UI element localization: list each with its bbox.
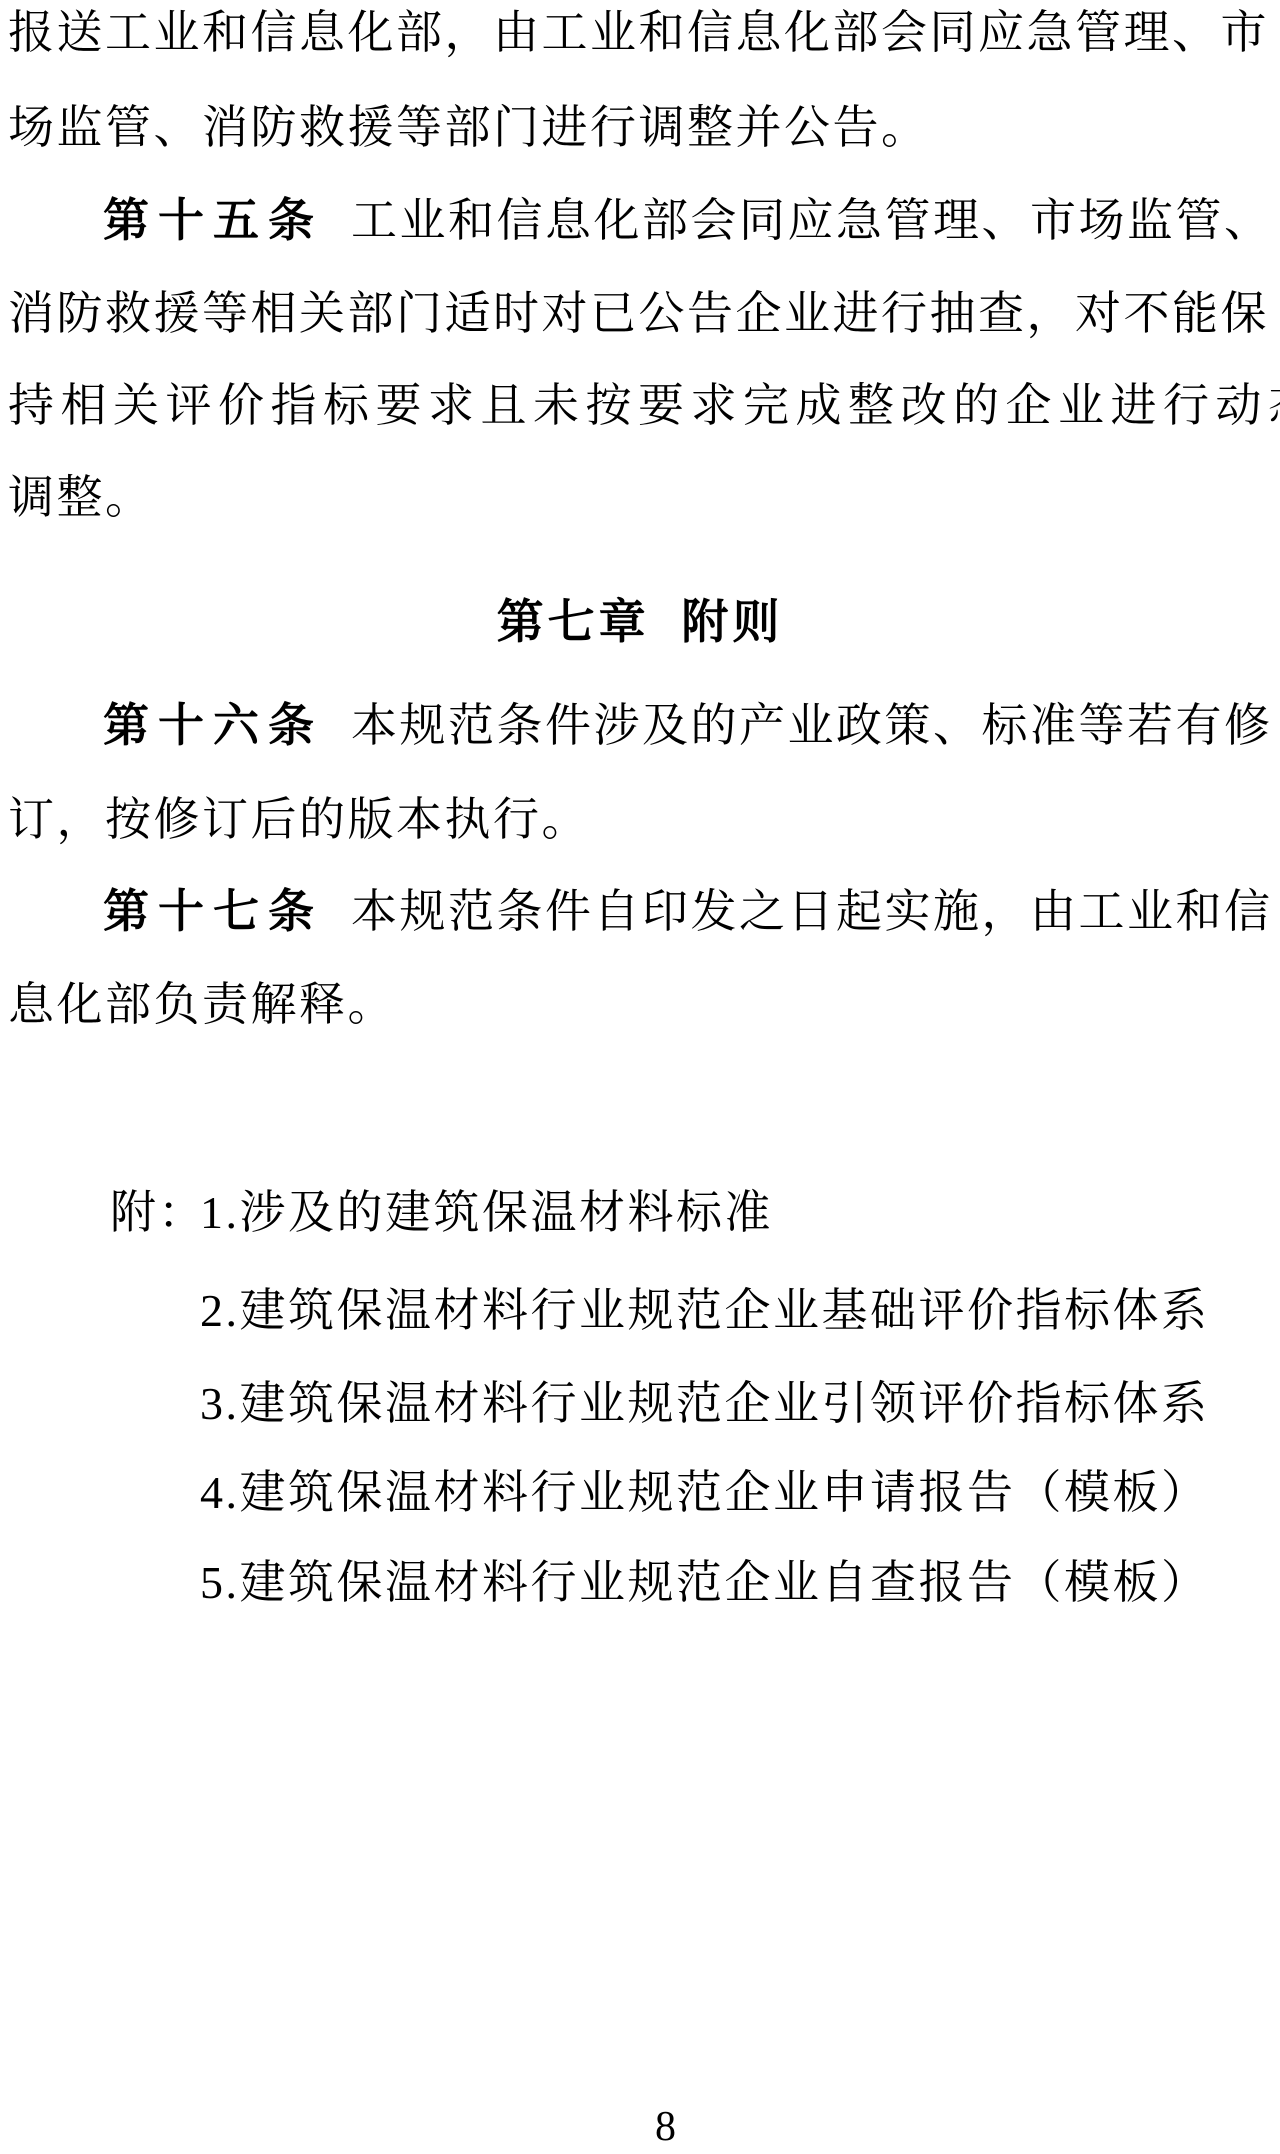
body-line: 场监管、消防救援等部门进行调整并公告。: [8, 103, 930, 154]
body-line-text: 持相关评价指标要求且未按要求完成整改的企业进行动态: [8, 380, 1280, 431]
body-line: 持相关评价指标要求且未按要求完成整改的企业进行动态: [8, 381, 1280, 432]
body-line-text: 本规范条件涉及的产业政策、标准等若有修: [351, 700, 1273, 751]
body-line-text: 工业和信息化部会同应急管理、市场监管、: [351, 195, 1273, 246]
attachment-item: 5.建筑保温材料行业规范企业自查报告（模板）: [200, 1558, 1210, 1609]
article-16-line: 第十六条 本规范条件涉及的产业政策、标准等若有修: [103, 701, 1273, 752]
body-line: 息化部负责解释。: [8, 980, 396, 1031]
attachment-item: 2.建筑保温材料行业规范企业基础评价指标体系: [200, 1286, 1210, 1337]
attachment-item: 3.建筑保温材料行业规范企业引领评价指标体系: [200, 1379, 1210, 1430]
attachment-item: 4.建筑保温材料行业规范企业申请报告（模板）: [200, 1468, 1210, 1519]
attachment-item: 1.涉及的建筑保温材料标准: [200, 1188, 773, 1239]
body-line: 报送工业和信息化部，由工业和信息化部会同应急管理、市: [8, 8, 1269, 59]
body-line-text: 订，按修订后的版本执行。: [8, 794, 590, 845]
article-number: 第十五条: [103, 195, 323, 246]
body-line-text: 息化部负责解释。: [8, 979, 396, 1030]
body-line-text: 调整。: [8, 472, 154, 523]
body-line: 订，按修订后的版本执行。: [8, 795, 590, 846]
article-number: 第十七条: [103, 886, 323, 937]
body-line-text: 本规范条件自印发之日起实施，由工业和信: [351, 886, 1273, 937]
chapter-heading: 第七章 附则: [0, 598, 1280, 650]
article-15-line: 第十五条 工业和信息化部会同应急管理、市场监管、: [103, 196, 1273, 247]
body-line-text: 场监管、消防救援等部门进行调整并公告。: [8, 102, 930, 153]
attachments-label: 附：: [110, 1188, 206, 1239]
article-17-line: 第十七条 本规范条件自印发之日起实施，由工业和信: [103, 887, 1273, 938]
body-line: 调整。: [8, 473, 154, 524]
body-line-text: 消防救援等相关部门适时对已公告企业进行抽查，对不能保: [8, 288, 1269, 339]
body-line-text: 报送工业和信息化部，由工业和信息化部会同应急管理、市: [8, 7, 1269, 58]
article-number: 第十六条: [103, 700, 323, 751]
page-number: 8: [655, 2106, 676, 2148]
body-line: 消防救援等相关部门适时对已公告企业进行抽查，对不能保: [8, 289, 1269, 340]
document-page: 报送工业和信息化部，由工业和信息化部会同应急管理、市 场监管、消防救援等部门进行…: [0, 0, 1280, 2154]
